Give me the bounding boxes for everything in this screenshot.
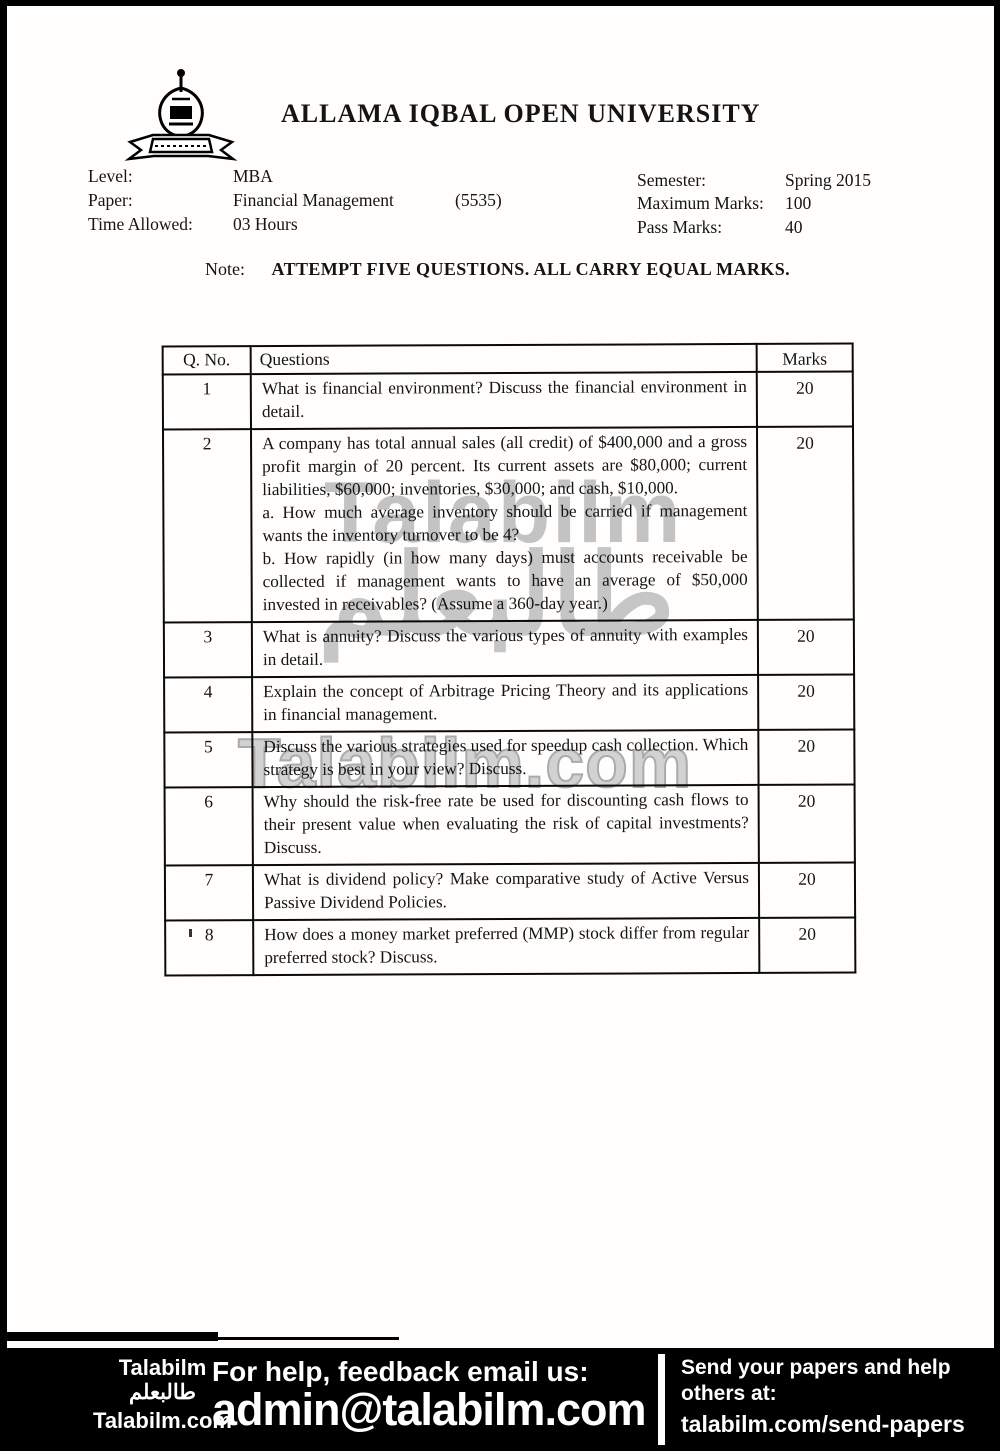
paper-label: Paper:	[88, 190, 133, 211]
question-text: Discuss the various strategies used for …	[252, 730, 758, 787]
question-text: What is annuity? Discuss the various typ…	[252, 620, 758, 677]
question-paragraph: What is dividend policy? Make comparativ…	[264, 866, 749, 914]
table-header-row: Q. No. Questions Marks	[163, 343, 853, 374]
question-number: 6	[165, 787, 253, 865]
table-row: 3What is annuity? Discuss the various ty…	[164, 619, 854, 677]
university-logo-icon	[120, 66, 242, 178]
note-text: ATTEMPT FIVE QUESTIONS. ALL CARRY EQUAL …	[272, 259, 791, 279]
level-label: Level:	[88, 166, 133, 187]
question-number: 1	[163, 374, 251, 429]
exam-paper-scan: ALLAMA IQBAL OPEN UNIVERSITY Level: MBA …	[0, 0, 1000, 1451]
question-paragraph: What is financial environment? Discuss t…	[262, 375, 747, 423]
semester-value: Spring 2015	[785, 170, 871, 191]
note-label: Note:	[205, 259, 245, 279]
header-qno: Q. No.	[163, 346, 251, 374]
question-number: 5	[164, 732, 252, 787]
header-marks: Marks	[757, 343, 853, 371]
question-number: 7	[165, 865, 253, 920]
footer-help-email: admin@talabilm.com	[212, 1386, 662, 1433]
question-paragraph: Why should the risk-free rate be used fo…	[264, 788, 749, 859]
question-paragraph: a. How much average inventory should be …	[262, 499, 747, 547]
question-paragraph: A company has total annual sales (all cr…	[262, 430, 747, 501]
question-marks: 20	[758, 729, 854, 784]
time-allowed-label: Time Allowed:	[88, 214, 193, 235]
table-row: 1What is financial environment? Discuss …	[163, 371, 853, 429]
question-marks: 20	[759, 917, 855, 972]
question-text: How does a money market preferred (MMP) …	[253, 918, 759, 975]
question-number: 3	[164, 622, 252, 677]
semester-label: Semester:	[637, 170, 706, 191]
level-value: MBA	[233, 166, 273, 187]
question-marks: 20	[759, 862, 855, 917]
question-text: What is financial environment? Discuss t…	[251, 372, 757, 429]
table-row: 5Discuss the various strategies used for…	[164, 729, 854, 787]
footer-bar: Talabilm طالبعلم Talabilm.com For help, …	[0, 1348, 1000, 1451]
question-paragraph: b. How rapidly (in how many days) must a…	[263, 545, 748, 616]
paper-code: (5535)	[455, 190, 502, 211]
question-marks: 20	[757, 371, 853, 426]
table-row: 4Explain the concept of Arbitrage Pricin…	[164, 674, 854, 732]
question-number: 2	[163, 429, 252, 622]
footer-help-block: For help, feedback email us: admin@talab…	[212, 1357, 662, 1434]
question-number: 4	[164, 677, 252, 732]
footer-divider	[658, 1354, 665, 1445]
scan-artifact-line	[214, 1337, 399, 1340]
question-marks: 20	[759, 784, 855, 862]
time-allowed-value: 03 Hours	[233, 214, 298, 235]
question-text: Why should the risk-free rate be used fo…	[253, 785, 759, 865]
footer-send-url: talabilm.com/send-papers	[681, 1410, 996, 1438]
scan-edge-right	[994, 0, 1000, 1451]
question-marks: 20	[758, 674, 854, 729]
maximum-marks-value: 100	[785, 193, 811, 214]
footer-send-block: Send your papers and help others at: tal…	[681, 1355, 996, 1438]
table-row: 6Why should the risk-free rate be used f…	[165, 784, 855, 865]
question-paragraph: What is annuity? Discuss the various typ…	[263, 623, 748, 671]
maximum-marks-label: Maximum Marks:	[637, 193, 764, 214]
question-paragraph: Discuss the various strategies used for …	[263, 733, 748, 781]
pass-marks-value: 40	[785, 217, 803, 238]
table-row: 7What is dividend policy? Make comparati…	[165, 862, 855, 920]
footer-help-text: For help, feedback email us:	[212, 1357, 662, 1386]
scan-edge-left	[0, 0, 7, 1451]
scan-artifact-streak	[0, 1332, 218, 1341]
note-line: Note: ATTEMPT FIVE QUESTIONS. ALL CARRY …	[205, 259, 790, 280]
table-row: 8How does a money market preferred (MMP)…	[165, 917, 855, 975]
questions-table: Q. No. Questions Marks 1What is financia…	[162, 342, 857, 976]
question-paragraph: Explain the concept of Arbitrage Pricing…	[263, 678, 748, 726]
question-marks: 20	[757, 426, 854, 619]
scan-edge-top	[0, 0, 1000, 6]
questions-table-wrap: Q. No. Questions Marks 1What is financia…	[162, 342, 857, 976]
question-paragraph: How does a money market preferred (MMP) …	[264, 921, 749, 969]
table-row: 2A company has total annual sales (all c…	[163, 426, 854, 622]
pass-marks-label: Pass Marks:	[637, 217, 722, 238]
header-questions: Questions	[251, 344, 757, 374]
paper-value: Financial Management	[233, 190, 394, 211]
footer-send-line2: others at:	[681, 1381, 996, 1407]
question-text: What is dividend policy? Make comparativ…	[253, 863, 759, 920]
questions-table-body: 1What is financial environment? Discuss …	[163, 371, 856, 975]
question-text: A company has total annual sales (all cr…	[251, 427, 758, 622]
footer-send-line1: Send your papers and help	[681, 1355, 996, 1381]
university-title: ALLAMA IQBAL OPEN UNIVERSITY	[281, 99, 761, 129]
question-marks: 20	[758, 619, 854, 674]
question-text: Explain the concept of Arbitrage Pricing…	[252, 675, 758, 732]
question-number: 8	[165, 920, 253, 975]
